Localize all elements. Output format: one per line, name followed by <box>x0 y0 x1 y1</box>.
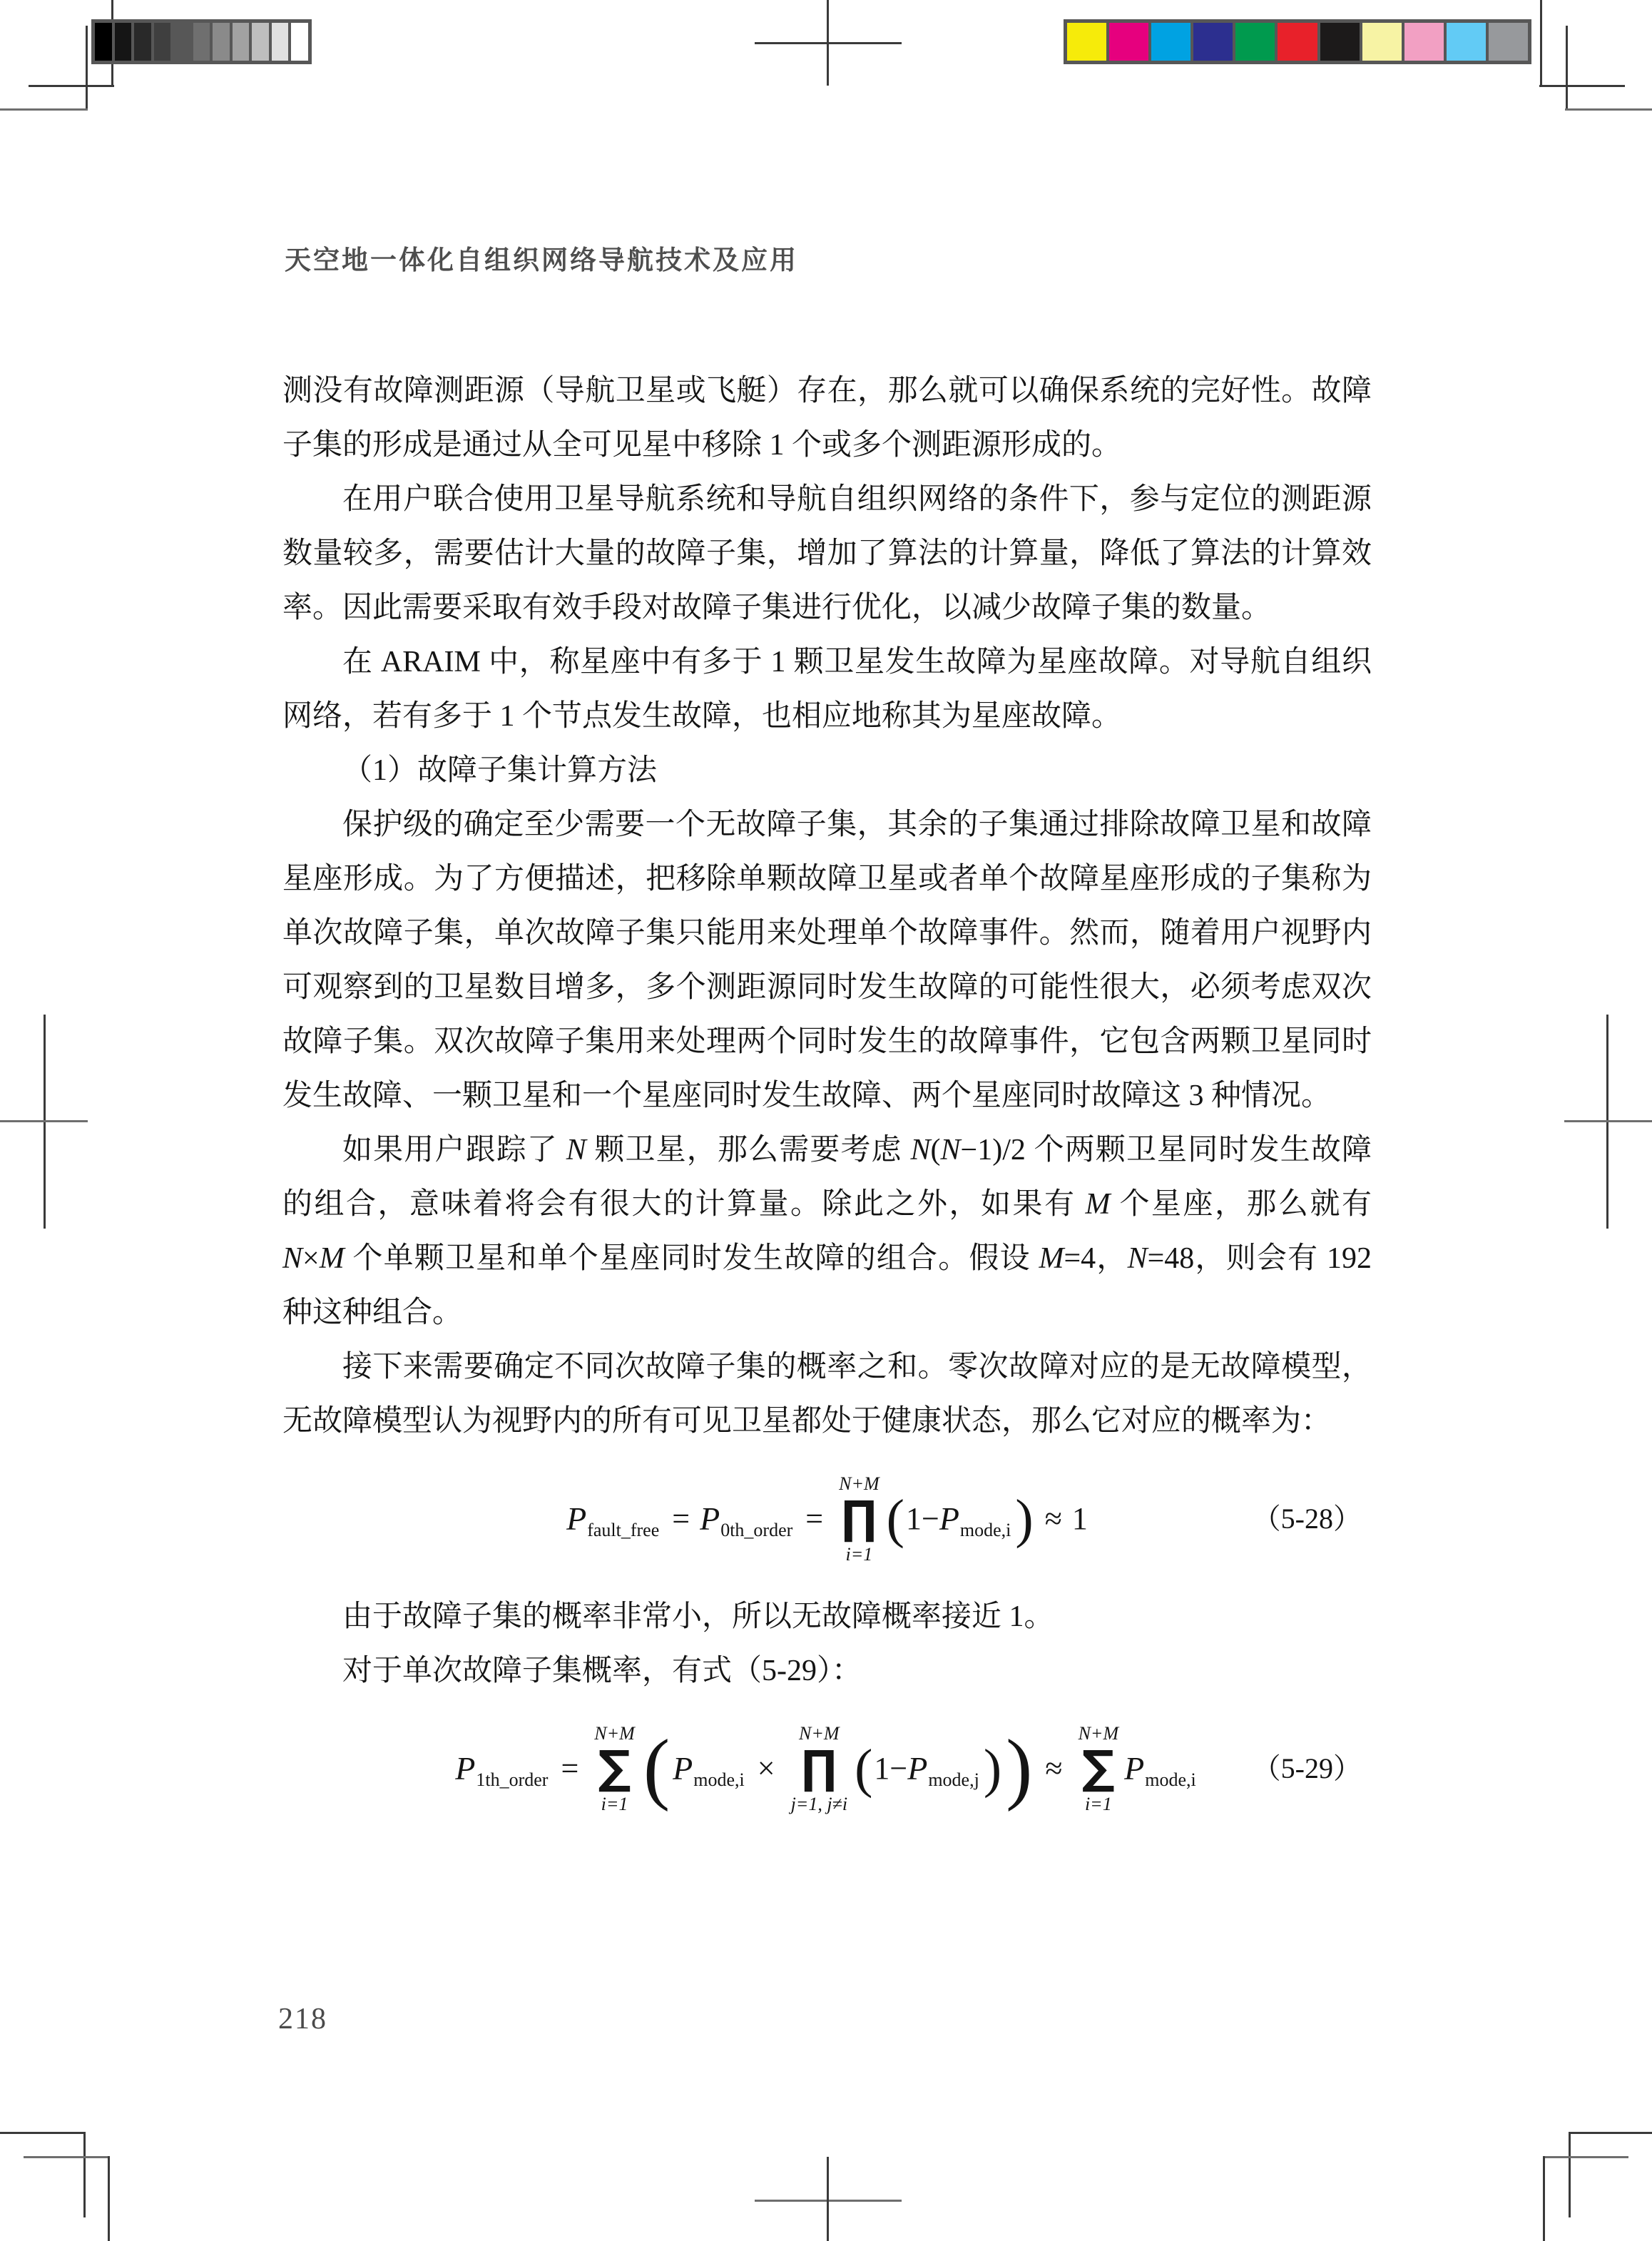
math-subscript: 1th_order <box>476 1770 548 1791</box>
crop-mark-bottom-left <box>0 2132 86 2134</box>
left-paren: ( <box>855 1746 872 1792</box>
math-variable: P <box>939 1501 959 1538</box>
book-page: { "page": { "header_title": "天空地一体化自组织网络… <box>0 0 1652 2241</box>
paragraph-text: （1）故障子集计算方法 <box>342 754 657 787</box>
math-variable: P <box>455 1751 475 1787</box>
paragraph-group-2: 由于故障子集的概率非常小，所以无故障概率接近 1。对于单次故障子集概率，有式（5… <box>282 1590 1372 1698</box>
crop-mark-top-right <box>1565 108 1652 111</box>
paragraph-text: 对于单次故障子集概率，有式（5-29）： <box>342 1655 862 1687</box>
right-paren-big: ) <box>1006 1737 1032 1801</box>
body-paragraph: 保护级的确定至少需要一个无故障子集，其余的子集通过排除故障卫星和故障星座形成。为… <box>282 798 1372 1123</box>
paragraph-text: 在用户联合使用卫星导航系统和导航自组织网络的条件下，参与定位的测距源数量较多，需… <box>282 483 1372 624</box>
paragraph-group-1: 测没有故障测距源（导航卫星或飞艇）存在，那么就可以确保系统的完好性。故障子集的形… <box>282 364 1372 1448</box>
math-variable-inline: N <box>1128 1242 1148 1275</box>
math-variable-inline: M <box>1085 1188 1110 1221</box>
calibration-swatch <box>1109 23 1148 61</box>
formula-5-28: Pfault_free = P0th_order = N+M ∏ i=1 ( 1… <box>282 1448 1372 1590</box>
calibration-swatch <box>272 23 289 61</box>
register-cross-bottom-center <box>827 2157 829 2241</box>
body-paragraph: 接下来需要确定不同次故障子集的概率之和。零次故障对应的是无故障模型，无故障模型认… <box>282 1340 1372 1448</box>
calibration-swatch <box>1489 23 1528 61</box>
math-variable: P <box>566 1501 586 1538</box>
math-variable: P <box>700 1501 720 1538</box>
math-subscript: 0th_order <box>720 1520 792 1541</box>
crop-mark-bottom-right <box>1543 2156 1628 2158</box>
register-cross-left-middle <box>0 1120 88 1122</box>
calibration-swatch <box>213 23 230 61</box>
math-subscript: fault_free <box>587 1520 659 1541</box>
product-symbol: ∏ <box>801 1744 837 1792</box>
sum-symbol: ∑ <box>1082 1744 1115 1792</box>
paragraph-text: 保护级的确定至少需要一个无故障子集，其余的子集通过排除故障卫星和故障星座形成。为… <box>282 808 1372 1112</box>
calibration-swatch <box>173 23 190 61</box>
lower-limit: i=1 <box>601 1793 628 1815</box>
paragraph-text: 由于故障子集的概率非常小，所以无故障概率接近 1。 <box>342 1600 1054 1633</box>
calibration-swatch <box>1320 23 1360 61</box>
paragraph-text: × <box>302 1242 320 1275</box>
body-paragraph: 在 ARAIM 中，称星座中有多于 1 颗卫星发生故障为星座故障。对导航自组织网… <box>282 635 1372 743</box>
right-paren: ) <box>984 1746 1001 1792</box>
math-subscript: mode,i <box>1145 1770 1196 1791</box>
math-variable: P <box>1124 1751 1144 1787</box>
crop-mark-top-left <box>86 26 88 110</box>
lower-limit: i=1 <box>1085 1793 1112 1815</box>
calibration-swatch <box>1362 23 1402 61</box>
math-variable-inline: N <box>282 1242 302 1275</box>
math-subscript: mode,i <box>693 1770 745 1791</box>
equation-5-29: P1th_order = N+M ∑ i=1 ( Pmode,i × N+M ∏… <box>455 1722 1198 1815</box>
crop-mark-bottom-left <box>24 2156 109 2158</box>
paragraph-text: 在 ARAIM 中，称星座中有多于 1 颗卫星发生故障为星座故障。对导航自组织网… <box>282 646 1372 733</box>
calibration-swatch <box>1151 23 1190 61</box>
paragraph-text: 如果用户跟踪了 <box>342 1134 566 1167</box>
math-variable-inline: M <box>320 1242 345 1275</box>
math-variable: P <box>907 1751 927 1787</box>
lower-limit: i=1 <box>846 1543 873 1565</box>
crop-mark-top-left <box>29 85 114 87</box>
crop-mark-bottom-right <box>1569 2132 1652 2134</box>
sum-operator: N+M ∑ i=1 <box>594 1722 635 1815</box>
calibration-swatch <box>154 23 171 61</box>
paragraph-text: =4， <box>1064 1242 1128 1275</box>
math-variable-inline: N <box>941 1134 961 1167</box>
product-operator: N+M ∏ j=1, j≠i <box>791 1722 848 1815</box>
equation-5-28: Pfault_free = P0th_order = N+M ∏ i=1 ( 1… <box>566 1473 1088 1565</box>
calibration-swatch <box>291 23 308 61</box>
calibration-swatch <box>115 23 132 61</box>
body-paragraph: （1）故障子集计算方法 <box>282 743 1372 798</box>
math-term: 1 <box>1072 1502 1088 1536</box>
equals-sign: = <box>805 1502 823 1536</box>
calibration-swatch <box>193 23 210 61</box>
crop-mark-top-left <box>0 108 88 111</box>
paragraph-text: 个星座，那么就有 <box>1110 1188 1372 1221</box>
lower-limit: j=1, j≠i <box>791 1793 848 1815</box>
calibration-swatch <box>1193 23 1233 61</box>
paragraph-text: 颗卫星，那么需要考虑 <box>586 1134 911 1167</box>
math-term: 1− <box>874 1752 907 1786</box>
register-cross-top-center <box>827 0 829 86</box>
calibration-swatch <box>1447 23 1486 61</box>
paragraph-text: 测没有故障测距源（导航卫星或飞艇）存在，那么就可以确保系统的完好性。故障子集的形… <box>282 375 1372 462</box>
calibration-swatch <box>95 23 112 61</box>
times-sign: × <box>758 1752 775 1786</box>
left-paren: ( <box>887 1496 904 1543</box>
body-paragraph: 在用户联合使用卫星导航系统和导航自组织网络的条件下，参与定位的测距源数量较多，需… <box>282 472 1372 635</box>
sum-symbol: ∑ <box>598 1744 631 1792</box>
approx-sign: ≈ <box>1045 1752 1062 1786</box>
left-paren-big: ( <box>643 1737 670 1801</box>
crop-mark-top-right <box>1540 0 1542 87</box>
calibration-swatch <box>233 23 250 61</box>
crop-mark-top-right <box>1566 26 1568 110</box>
running-head-title: 天空地一体化自组织网络导航技术及应用 <box>285 238 798 277</box>
body-paragraph: 由于故障子集的概率非常小，所以无故障概率接近 1。 <box>282 1590 1372 1644</box>
paragraph-text: 个单颗卫星和单个星座同时发生故障的组合。假设 <box>345 1242 1039 1275</box>
equals-sign: = <box>561 1752 578 1786</box>
math-variable-inline: M <box>1039 1242 1064 1275</box>
product-symbol: ∏ <box>841 1495 877 1543</box>
math-variable-inline: N <box>910 1134 930 1167</box>
equation-number: （5-28） <box>1253 1503 1362 1535</box>
color-calibration-bar <box>1064 19 1531 64</box>
crop-mark-bottom-right <box>1569 2132 1571 2217</box>
body-paragraph: 测没有故障测距源（导航卫星或飞艇）存在，那么就可以确保系统的完好性。故障子集的形… <box>282 364 1372 472</box>
formula-5-29: P1th_order = N+M ∑ i=1 ( Pmode,i × N+M ∏… <box>282 1698 1372 1839</box>
sum-operator: N+M ∑ i=1 <box>1079 1722 1119 1815</box>
crop-mark-bottom-right <box>1543 2156 1545 2241</box>
calibration-swatch <box>1278 23 1317 61</box>
crop-mark-bottom-left <box>108 2156 110 2241</box>
equation-number: （5-29） <box>1253 1753 1362 1784</box>
body-text-column: 测没有故障测距源（导航卫星或飞艇）存在，那么就可以确保系统的完好性。故障子集的形… <box>282 364 1372 1839</box>
math-subscript: mode,j <box>928 1770 979 1791</box>
right-paren: ) <box>1015 1496 1033 1543</box>
crop-mark-top-right <box>1539 85 1625 87</box>
crop-mark-bottom-left <box>83 2132 86 2217</box>
calibration-swatch <box>1067 23 1106 61</box>
calibration-swatch <box>1404 23 1444 61</box>
register-cross-right-middle <box>1564 1120 1652 1122</box>
body-paragraph: 对于单次故障子集概率，有式（5-29）： <box>282 1644 1372 1698</box>
calibration-swatch <box>134 23 151 61</box>
math-term: 1− <box>906 1502 939 1536</box>
grayscale-calibration-bar <box>91 19 312 64</box>
calibration-swatch <box>252 23 269 61</box>
page-number: 218 <box>278 2002 327 2036</box>
calibration-swatch <box>1235 23 1275 61</box>
product-operator: N+M ∏ i=1 <box>839 1473 879 1565</box>
math-variable-inline: N <box>566 1134 586 1167</box>
equals-sign: = <box>672 1502 690 1536</box>
body-paragraph: 如果用户跟踪了 N 颗卫星，那么需要考虑 N(N−1)/2 个两颗卫星同时发生故… <box>282 1123 1372 1340</box>
approx-sign: ≈ <box>1045 1502 1062 1536</box>
math-variable: P <box>673 1751 693 1787</box>
math-subscript: mode,i <box>960 1520 1011 1541</box>
paragraph-text: ( <box>931 1134 941 1167</box>
paragraph-text: 接下来需要确定不同次故障子集的概率之和。零次故障对应的是无故障模型，无故障模型认… <box>282 1351 1372 1438</box>
